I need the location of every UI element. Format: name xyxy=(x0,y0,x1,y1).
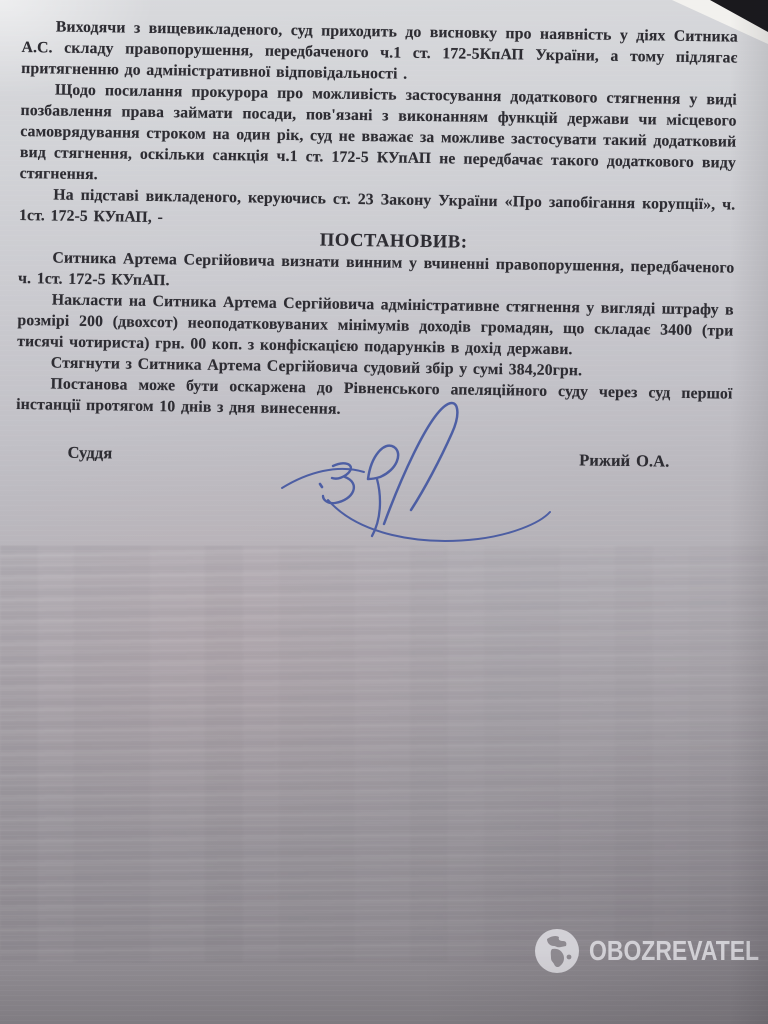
judge-name: Рижий О.А. xyxy=(579,449,670,471)
watermark: OBOZREVATEL xyxy=(534,928,768,974)
judge-label: Суддя xyxy=(67,442,112,464)
globe-icon xyxy=(534,928,580,974)
fine-ruling-paragraph: Накласти на Ситника Артема Сергійовича а… xyxy=(17,289,734,363)
reverse-side-bleedthrough xyxy=(0,545,768,963)
court-decision-photo: Виходячи з вищевикладеного, суд приходит… xyxy=(0,0,768,1024)
intro-paragraph: Виходячи з вищевикладеного, суд приходит… xyxy=(21,16,738,90)
watermark-text: OBOZREVATEL xyxy=(589,935,759,967)
additional-penalty-paragraph: Щодо посилання прокурора про можливість … xyxy=(20,79,737,195)
judge-signature-ink xyxy=(276,392,566,562)
